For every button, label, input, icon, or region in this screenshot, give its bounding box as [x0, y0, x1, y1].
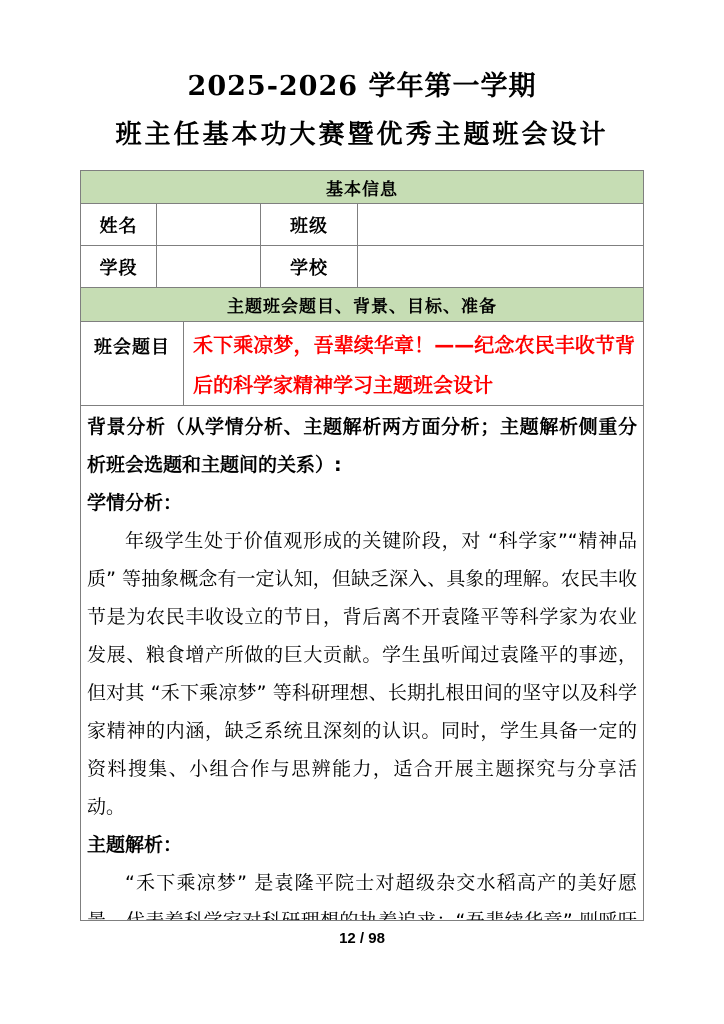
learning-analysis-paragraph: 年级学生处于价值观形成的关键阶段，对 “科学家”“精神品质” 等抽象概念有一定认…: [87, 522, 637, 826]
table-row: 姓名 班级: [81, 204, 643, 246]
stage-label: 学段: [81, 246, 157, 287]
background-analysis-cell: 背景分析（从学情分析、主题解析两方面分析；主题解析侧重分析班会选题和主题间的关系…: [81, 406, 643, 920]
document-page: 2025-2026 学年第一学期 班主任基本功大赛暨优秀主题班会设计 基本信息 …: [0, 0, 724, 1024]
section-header-basic-info: 基本信息: [81, 171, 643, 203]
stage-value-field[interactable]: [157, 246, 261, 287]
background-analysis-row: 背景分析（从学情分析、主题解析两方面分析；主题解析侧重分析班会选题和主题间的关系…: [81, 406, 643, 920]
name-label: 姓名: [81, 204, 157, 245]
background-analysis-intro: 背景分析（从学情分析、主题解析两方面分析；主题解析侧重分析班会选题和主题间的关系…: [87, 408, 637, 484]
main-form-table: 基本信息 姓名 班级 学段 学校 主题班会题目、背景、目标、准备 班会题目 禾下…: [80, 170, 644, 921]
doc-title-line1: 2025-2026 学年第一学期: [80, 0, 644, 104]
doc-title-line2: 班主任基本功大赛暨优秀主题班会设计: [52, 118, 672, 152]
section-header-topic: 主题班会题目、背景、目标、准备: [81, 288, 643, 321]
learning-analysis-heading: 学情分析：: [87, 484, 637, 522]
class-label: 班级: [261, 204, 358, 245]
topic-title-text: 禾下乘凉梦，吾辈续华章！——纪念农民丰收节背后的科学家精神学习主题班会设计: [184, 322, 643, 405]
name-value-field[interactable]: [157, 204, 261, 245]
section-header-basic-info-row: 基本信息: [81, 171, 643, 204]
theme-analysis-heading: 主题解析：: [87, 826, 637, 864]
page-number: 12 / 98: [80, 930, 644, 947]
class-value-field[interactable]: [358, 204, 643, 245]
school-value-field[interactable]: [358, 246, 643, 287]
theme-analysis-paragraph: “禾下乘凉梦” 是袁隆平院士对超级杂交水稻高产的美好愿景，代表着科学家对科研理想…: [87, 864, 637, 920]
section-header-topic-row: 主题班会题目、背景、目标、准备: [81, 288, 643, 322]
topic-title-row: 班会题目 禾下乘凉梦，吾辈续华章！——纪念农民丰收节背后的科学家精神学习主题班会…: [81, 322, 643, 406]
table-row: 学段 学校: [81, 246, 643, 288]
school-label: 学校: [261, 246, 358, 287]
topic-label: 班会题目: [81, 322, 184, 405]
